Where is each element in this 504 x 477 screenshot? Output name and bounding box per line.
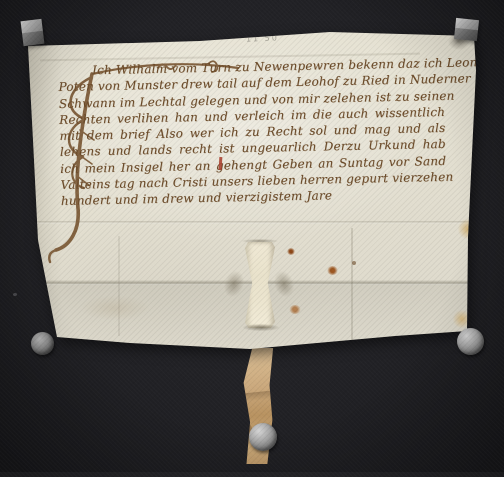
slit-shadow (243, 324, 279, 331)
push-pin-icon (457, 328, 484, 355)
clip-front-face (454, 27, 478, 41)
push-pin-icon (249, 423, 277, 451)
clip-front-face (22, 30, 44, 46)
photograph: 11 50 Ich Wilhalm vom Turn zu Newenpew (0, 0, 504, 477)
horizontal-crease (30, 221, 472, 224)
metal-clip-icon (454, 18, 479, 41)
metal-clip-icon (21, 19, 45, 46)
rust-spot (327, 266, 338, 275)
background-edge (0, 472, 504, 477)
rust-spot (287, 248, 295, 255)
parchment-surface: 11 50 Ich Wilhalm vom Turn zu Newenpew (0, 0, 504, 477)
ink-speck (352, 261, 356, 265)
parchment-document: 11 50 Ich Wilhalm vom Turn zu Newenpew (0, 0, 504, 477)
stain (458, 218, 478, 240)
manuscript-text: Ich Wilhalm vom Turn zu Newenpewren beke… (58, 55, 447, 210)
push-pin-icon (31, 332, 54, 355)
faint-pencil-inscription: 11 50 (246, 33, 279, 43)
